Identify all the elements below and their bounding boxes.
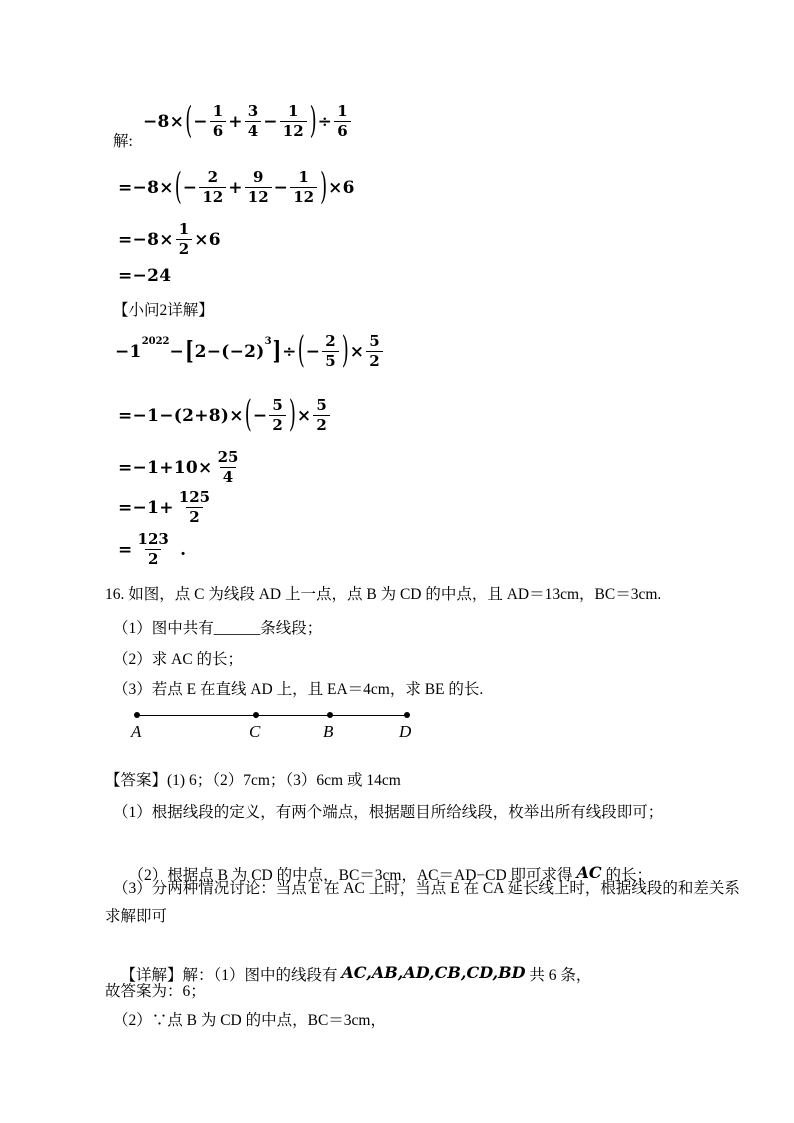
formula-token-t: . bbox=[174, 540, 186, 560]
formula-s1-line4: =−24 bbox=[118, 266, 171, 286]
formula-token-rp: ) bbox=[289, 397, 296, 434]
formula-token-t: ÷ bbox=[282, 342, 297, 362]
formula-token-f: 34 bbox=[245, 104, 261, 139]
formula-token-rp: ) bbox=[342, 333, 349, 370]
formula-token-t: − bbox=[170, 342, 185, 362]
formula-token-f: 52 bbox=[366, 334, 382, 369]
formula-token-t: − bbox=[193, 112, 208, 132]
formula-token-rp: ) bbox=[320, 169, 327, 206]
segment-line bbox=[137, 715, 407, 716]
point-dot-C bbox=[253, 712, 259, 718]
formula-token-sup: 3 bbox=[265, 336, 272, 347]
point-dot-B bbox=[327, 712, 333, 718]
point-label-C: C bbox=[249, 722, 260, 742]
formula-token-sup: 2022 bbox=[142, 336, 170, 347]
formula-token-t: − bbox=[306, 342, 321, 362]
formula-s2-line5: =1232 . bbox=[118, 532, 186, 567]
formula-token-rb: ] bbox=[273, 339, 282, 364]
formula-token-t: 2−(−2) bbox=[195, 342, 265, 362]
formula-token-t: + bbox=[228, 178, 243, 198]
formula-token-f: 16 bbox=[334, 104, 350, 139]
formula-token-lp: ( bbox=[245, 397, 252, 434]
formula-token-f: 25 bbox=[322, 334, 338, 369]
formula-token-f: 912 bbox=[245, 170, 272, 205]
formula-token-lp: ( bbox=[175, 169, 182, 206]
formula-s1-line3: =−8×12×6 bbox=[118, 222, 221, 257]
formula-token-f: 52 bbox=[269, 398, 285, 433]
problem16-part1: （1）图中共有______条线段； bbox=[113, 618, 322, 640]
formula-token-f: 212 bbox=[199, 170, 226, 205]
formula-token-lp: ( bbox=[185, 103, 192, 140]
formula-token-f: 16 bbox=[210, 104, 226, 139]
formula-token-t: −1 bbox=[115, 342, 142, 362]
formula-token-t: ×6 bbox=[194, 230, 221, 250]
formula-token-t: = bbox=[118, 540, 133, 560]
answer-line: 【答案】(1) 6；（2）7cm；（3）6cm 或 14cm bbox=[105, 770, 401, 792]
answer-analysis3-line1: （3）分两种情况讨论：当点 E 在 AC 上时，当点 E 在 CA 延长线上时，… bbox=[113, 878, 740, 900]
formula-token-f: 254 bbox=[215, 450, 242, 485]
detail-segment-list: AC,AB,AD,CB,CD,BD bbox=[341, 963, 525, 982]
answer-analysis1: （1）根据线段的定义，有两个端点，根据题目所给线段，枚举出所有线段即可； bbox=[113, 802, 663, 824]
formula-token-t: −8× bbox=[143, 112, 184, 132]
formula-token-t: =−8× bbox=[118, 230, 174, 250]
formula-s1-line1: −8×(−16+34−112)÷16 bbox=[143, 104, 353, 139]
detail-line1-post: 共 6 条， bbox=[525, 967, 591, 984]
formula-token-f: 52 bbox=[313, 398, 329, 433]
formula-token-f: 1252 bbox=[176, 490, 213, 525]
detail-line3: （2）∵点 B 为 CD 的中点，BC＝3cm， bbox=[113, 1010, 386, 1032]
formula-token-f: 1232 bbox=[135, 532, 172, 567]
formula-token-t: × bbox=[297, 406, 312, 426]
formula-token-lp: ( bbox=[298, 333, 305, 370]
point-dot-A bbox=[134, 712, 140, 718]
formula-token-t: =−1+10× bbox=[118, 458, 213, 478]
formula-token-f: 12 bbox=[176, 222, 192, 257]
document-page: 解: −8×(−16+34−112)÷16 =−8×(−212+912−112)… bbox=[0, 0, 794, 1123]
formula-token-t: + bbox=[228, 112, 243, 132]
formula-token-t: =−1−(2+8)× bbox=[118, 406, 244, 426]
formula-token-t: × bbox=[350, 342, 365, 362]
formula-token-t: ×6 bbox=[328, 178, 355, 198]
formula-token-t: − bbox=[183, 178, 198, 198]
solution1-prefix: 解: bbox=[113, 131, 133, 153]
section2-heading: 【小问2详解】 bbox=[113, 300, 214, 322]
formula-token-rp: ) bbox=[310, 103, 317, 140]
formula-token-t: ÷ bbox=[318, 112, 333, 132]
formula-s2-line2: =−1−(2+8)×(−52)×52 bbox=[118, 398, 332, 433]
formula-token-t: − bbox=[253, 406, 268, 426]
formula-token-f: 112 bbox=[290, 170, 317, 205]
formula-token-t: − bbox=[263, 112, 278, 132]
formula-token-t: =−24 bbox=[118, 266, 171, 286]
formula-token-t: =−8× bbox=[118, 178, 174, 198]
point-label-A: A bbox=[131, 722, 141, 742]
point-label-B: B bbox=[323, 722, 333, 742]
point-dot-D bbox=[404, 712, 410, 718]
formula-s2-line4: =−1+1252 bbox=[118, 490, 215, 525]
problem16-statement: 16. 如图，点 C 为线段 AD 上一点，点 B 为 CD 的中点，且 AD＝… bbox=[105, 584, 661, 606]
formula-token-t: − bbox=[274, 178, 289, 198]
formula-token-lb: [ bbox=[185, 339, 194, 364]
detail-line2: 故答案为：6； bbox=[105, 981, 206, 1003]
point-label-D: D bbox=[399, 722, 411, 742]
formula-s1-line2: =−8×(−212+912−112)×6 bbox=[118, 170, 355, 205]
formula-s2-line1: −12022−[2−(−2)3]÷(−25)×52 bbox=[115, 334, 385, 369]
problem16-part2: （2）求 AC 的长； bbox=[113, 649, 243, 671]
answer-analysis3-line2: 求解即可 bbox=[105, 906, 167, 928]
formula-s2-line3: =−1+10×254 bbox=[118, 450, 243, 485]
formula-token-f: 112 bbox=[280, 104, 307, 139]
problem16-part3: （3）若点 E 在直线 AD 上，且 EA＝4cm，求 BE 的长. bbox=[113, 679, 483, 701]
formula-token-t: =−1+ bbox=[118, 498, 174, 518]
